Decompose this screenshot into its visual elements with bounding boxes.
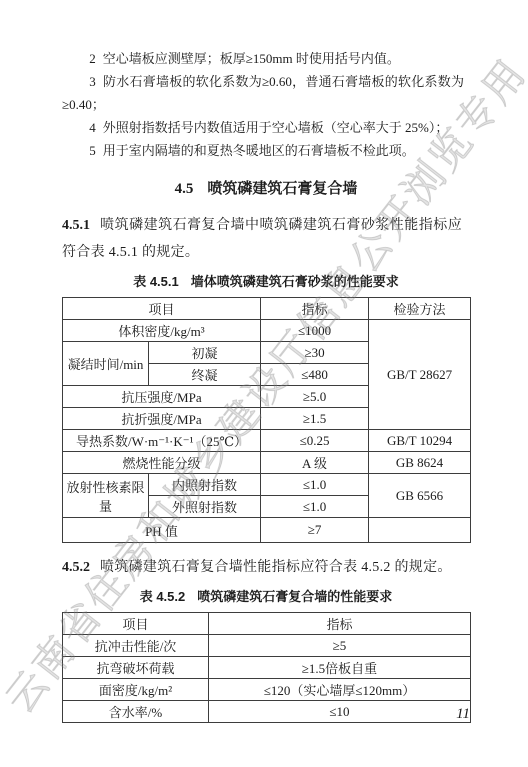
section-heading: 4.5喷筑磷建筑石膏复合墙: [62, 177, 470, 201]
table-cell: 凝结时间/min: [63, 342, 149, 386]
table-cell: 抗弯破坏荷载: [63, 657, 209, 679]
table-cell: 燃烧性能分级: [63, 452, 261, 474]
table-cell: 初凝: [149, 342, 261, 364]
table-row: 放射性核素限量 内照射指数 ≤1.0 GB 6566: [63, 474, 471, 496]
note-item-5: 5用于室内隔墙的和夏热冬暖地区的石膏墙板不检此项。: [62, 139, 470, 162]
table-cell: 抗折强度/MPa: [63, 408, 261, 430]
table-cell: ≥30: [261, 342, 369, 364]
table-cell: ≤120（实心墙厚≤120mm）: [209, 679, 471, 701]
header-cell-index: 指标: [261, 298, 369, 320]
note-number: 2: [89, 51, 96, 66]
note-item-2: 2空心墙板应测壁厚；板厚≥150mm 时使用括号内值。: [62, 47, 470, 70]
header-cell-index: 指标: [209, 613, 471, 635]
page-number: 11: [456, 706, 470, 723]
table-cell: ≤1.0: [261, 496, 369, 518]
table1-caption-label: 表 4.5.1: [133, 274, 179, 289]
table-row: 导热系数/W·m⁻¹·K⁻¹（25℃） ≤0.25 GB/T 10294: [63, 430, 471, 452]
table-cell: ≥7: [261, 518, 369, 543]
section-number: 4.5: [175, 181, 194, 197]
table-cell: ≤10: [209, 701, 471, 723]
note-number: 5: [89, 143, 96, 158]
table-cell: A 级: [261, 452, 369, 474]
table-cell: 抗冲击性能/次: [63, 635, 209, 657]
clause-number: 4.5.1: [62, 218, 90, 233]
document-page: { "page": { "number": "11", "watermark":…: [0, 0, 528, 767]
table2-caption-label: 表 4.5.2: [140, 589, 186, 604]
note-number: 3: [89, 74, 96, 89]
table-row: 面密度/kg/m² ≤120（实心墙厚≤120mm）: [63, 679, 471, 701]
table-cell: 内照射指数: [149, 474, 261, 496]
table-row: PH 值 ≥7: [63, 518, 471, 543]
table-cell: 体积密度/kg/m³: [63, 320, 261, 342]
note-text: 用于室内隔墙的和夏热冬暖地区的石膏墙板不检此项。: [103, 143, 415, 158]
section-title: 喷筑磷建筑石膏复合墙: [207, 180, 357, 197]
table-row: 燃烧性能分级 A 级 GB 8624: [63, 452, 471, 474]
table-row: 抗弯破坏荷载 ≥1.5倍板自重: [63, 657, 471, 679]
table-cell: GB 8624: [369, 452, 471, 474]
table-cell: PH 值: [63, 518, 261, 543]
table-cell: 终凝: [149, 364, 261, 386]
table-cell: [369, 518, 471, 543]
table-cell: 外照射指数: [149, 496, 261, 518]
note-number: 4: [89, 120, 96, 135]
table-cell: ≤0.25: [261, 430, 369, 452]
table-row: 含水率/% ≤10: [63, 701, 471, 723]
clause-4-5-1: 4.5.1喷筑磷建筑石膏复合墙中喷筑磷建筑石膏砂浆性能指标应符合表 4.5.1 …: [62, 212, 470, 266]
notes-block: 2空心墙板应测壁厚；板厚≥150mm 时使用括号内值。 3防水石膏墙板的软化系数…: [62, 47, 470, 162]
table-cell: 放射性核素限量: [63, 474, 149, 518]
table-cell: 抗压强度/MPa: [63, 386, 261, 408]
clause-text: 喷筑磷建筑石膏复合墙性能指标应符合表 4.5.2 的规定。: [100, 560, 452, 575]
table-cell: ≤480: [261, 364, 369, 386]
table-header-row: 项目 指标 检验方法: [63, 298, 471, 320]
table-cell: GB/T 28627: [369, 320, 471, 430]
table-cell: 含水率/%: [63, 701, 209, 723]
clause-4-5-2: 4.5.2喷筑磷建筑石膏复合墙性能指标应符合表 4.5.2 的规定。: [62, 554, 470, 581]
page-container: 云南省住房和城乡建设厅信息公开浏览专用 2空心墙板应测壁厚；板厚≥150mm 时…: [0, 0, 528, 767]
note-text: 外照射指数括号内数值适用于空心墙板（空心率大于 25%）；: [103, 120, 449, 135]
table-row: 抗冲击性能/次 ≥5: [63, 635, 471, 657]
table2-caption: 表 4.5.2喷筑磷建筑石膏复合墙的性能要求: [62, 588, 470, 606]
table-header-row: 项目 指标: [63, 613, 471, 635]
note-text: 防水石膏墙板的软化系数为≥0.60，普通石膏墙板的软化系数为≥0.40；: [62, 74, 464, 112]
table-cell: ≤1.0: [261, 474, 369, 496]
table-cell: 面密度/kg/m²: [63, 679, 209, 701]
table-cell: ≥5.0: [261, 386, 369, 408]
table2-caption-title: 喷筑磷建筑石膏复合墙的性能要求: [197, 589, 392, 604]
table-4-5-2: 项目 指标 抗冲击性能/次 ≥5 抗弯破坏荷载 ≥1.5倍板自重 面密度/kg/…: [62, 612, 471, 723]
table-cell: GB/T 10294: [369, 430, 471, 452]
table-cell: ≥1.5: [261, 408, 369, 430]
header-cell-item: 项目: [63, 613, 209, 635]
table-row: 体积密度/kg/m³ ≤1000 GB/T 28627: [63, 320, 471, 342]
table1-caption-title: 墙体喷筑磷建筑石膏砂浆的性能要求: [191, 274, 399, 289]
page-content: 2空心墙板应测壁厚；板厚≥150mm 时使用括号内值。 3防水石膏墙板的软化系数…: [62, 47, 470, 723]
note-item-4: 4外照射指数括号内数值适用于空心墙板（空心率大于 25%）；: [62, 116, 470, 139]
note-text: 空心墙板应测壁厚；板厚≥150mm 时使用括号内值。: [103, 51, 400, 66]
table-cell: ≥1.5倍板自重: [209, 657, 471, 679]
table-4-5-1: 项目 指标 检验方法 体积密度/kg/m³ ≤1000 GB/T 28627 凝…: [62, 297, 471, 543]
clause-number: 4.5.2: [62, 560, 90, 575]
table-cell: ≤1000: [261, 320, 369, 342]
header-cell-item: 项目: [63, 298, 261, 320]
clause-text: 喷筑磷建筑石膏复合墙中喷筑磷建筑石膏砂浆性能指标应符合表 4.5.1 的规定。: [62, 218, 462, 260]
table-cell: GB 6566: [369, 474, 471, 518]
note-item-3: 3防水石膏墙板的软化系数为≥0.60，普通石膏墙板的软化系数为≥0.40；: [62, 70, 470, 116]
table-cell: ≥5: [209, 635, 471, 657]
table-cell: 导热系数/W·m⁻¹·K⁻¹（25℃）: [63, 430, 261, 452]
table1-caption: 表 4.5.1墙体喷筑磷建筑石膏砂浆的性能要求: [62, 273, 470, 291]
header-cell-method: 检验方法: [369, 298, 471, 320]
